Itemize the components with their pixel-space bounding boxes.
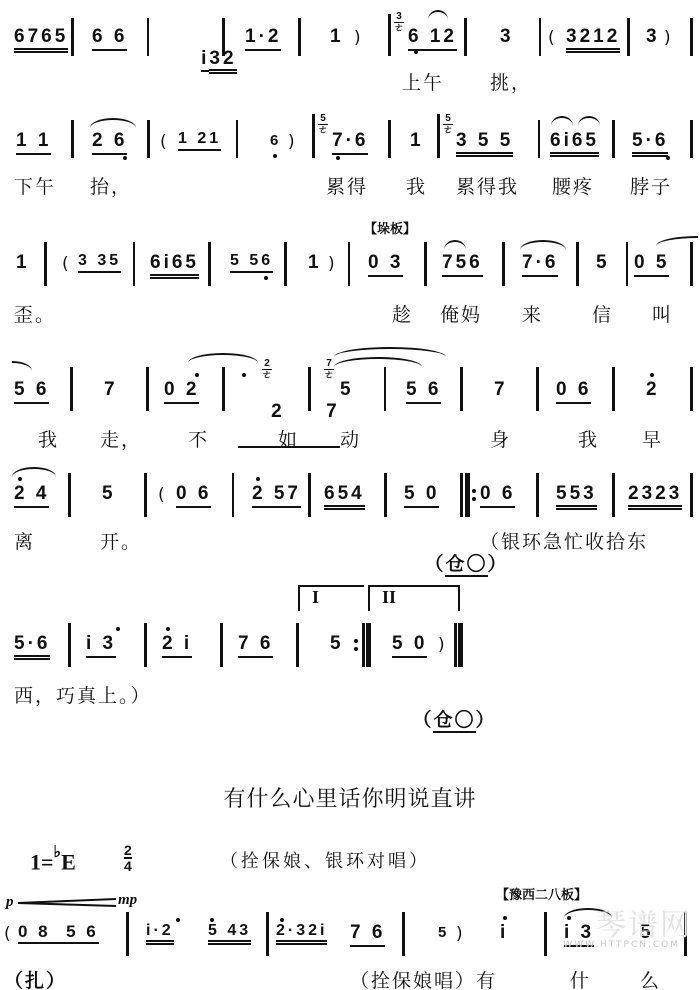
barline (232, 473, 234, 517)
open-paren: ( (548, 28, 555, 48)
barline-repeat-end (362, 623, 365, 667)
barline (236, 120, 238, 158)
performers: （拴保娘、银环对唱） (220, 847, 430, 873)
lyric: 俺妈 (440, 300, 482, 327)
barline (612, 473, 615, 517)
barline-repeat-start-thick (465, 473, 470, 517)
key-signature: 1=♭E (30, 846, 76, 875)
measure-notes: 0 3 (368, 252, 403, 277)
lyric: 来 (522, 300, 543, 327)
measure-notes: 3212 (566, 26, 620, 53)
open-paren: ( (62, 254, 69, 274)
slur (12, 467, 56, 477)
measure-notes: 0 6 (556, 379, 591, 404)
volta-2: II (368, 585, 460, 611)
measure-notes: 2 4 (14, 483, 49, 508)
low-octave-dot (123, 156, 127, 160)
measure-notes: 6 (270, 132, 281, 149)
lyric: 身 (490, 425, 511, 452)
barline (296, 623, 299, 667)
measure-notes: 5 0 (404, 483, 439, 508)
slur (578, 116, 600, 126)
measure-notes: i 3 (86, 633, 116, 658)
grace-note: 3ㄜ (394, 12, 404, 33)
stage-direction: （拴保娘唱）有 (350, 966, 497, 990)
lyric: 下午 (14, 172, 56, 199)
measure-notes: 1·2 (245, 26, 281, 51)
measure-notes: 5 0 (392, 633, 427, 658)
open-paren: ( (160, 132, 167, 152)
lyric: 开。 (100, 527, 142, 554)
lyric: 早 (642, 425, 663, 452)
watermark-logo: 琴谱网 (596, 900, 692, 944)
measure-notes: 5 (596, 252, 610, 274)
measure-notes: 1 (308, 252, 322, 274)
measure-notes: 5 (340, 379, 354, 401)
close-paren: ) (288, 132, 295, 152)
measure-notes: 2·32i (276, 922, 327, 945)
close-paren: ) (456, 924, 463, 944)
high-octave-dot (567, 916, 571, 920)
barline (68, 473, 71, 517)
measure-notes: 5·6 (14, 633, 50, 660)
barline (384, 473, 387, 517)
lyric: 什 (570, 966, 591, 990)
barline (690, 18, 693, 56)
lyric: 累得 (326, 172, 368, 199)
barline (284, 242, 287, 286)
measure-notes: 0 8 5 6 (18, 922, 99, 942)
open-paren: ( (158, 485, 165, 505)
measure-notes: 5 (330, 633, 344, 655)
high-octave-dot (176, 918, 180, 922)
measure-notes: 7 (494, 379, 508, 401)
stage-direction: 西，巧真上。） (14, 681, 152, 708)
stage-direction: （银环急忙收拾东 (480, 527, 648, 554)
measure-notes: 3 (646, 26, 660, 48)
lyric: 不 (188, 425, 209, 452)
barline (544, 912, 547, 956)
lyric: 累得我 (456, 172, 519, 199)
barline (71, 18, 74, 56)
barline (147, 120, 150, 158)
measure-notes: 3 (500, 26, 514, 48)
barline (626, 242, 628, 286)
crescendo-hairpin (18, 898, 118, 908)
barline (424, 242, 427, 286)
system-1: 6765 6 6 i32 1·2 1 ) 3ㄜ 6 12 3 ( 3212 3 … (0, 18, 700, 98)
barline (612, 367, 615, 411)
barline (144, 623, 147, 667)
system-4: 5 6 7 0 2 2 7 2ㄜ 7ㄜ 5 5 6 7 0 6 2 我 走， 不… (0, 345, 700, 445)
measure-notes: 756 (442, 252, 483, 277)
barline (538, 120, 540, 158)
measure-notes: 5 (438, 924, 449, 941)
close-paren: ) (664, 28, 671, 48)
measure-notes: 5 6 (406, 379, 441, 404)
slur (334, 347, 446, 357)
high-octave-dot (256, 477, 260, 481)
measure-notes: 7 6 (238, 633, 273, 658)
note: 2 (271, 401, 285, 422)
measure-notes: 2 6 (92, 130, 127, 155)
barline (220, 623, 223, 667)
high-octave-dot (18, 477, 22, 481)
barline (266, 912, 269, 956)
lyric: 挑， (490, 68, 532, 95)
lyric: 走， (100, 425, 142, 452)
close-paren: ) (328, 254, 335, 274)
high-octave-dot (503, 916, 507, 920)
measure-notes: 0 5 (634, 252, 669, 277)
barline (308, 473, 311, 517)
low-octave-dot (273, 154, 277, 158)
grace-note: 5ㄜ (443, 114, 453, 135)
barline (464, 18, 467, 56)
measure-notes: 2323 (628, 483, 682, 510)
time-signature: 24 (124, 843, 132, 873)
measure-notes: 7·6 (522, 252, 558, 277)
high-octave-dot (210, 918, 214, 922)
barline (222, 18, 225, 56)
barline (536, 473, 539, 517)
dynamic-start: p (6, 894, 14, 911)
high-octave-dot (280, 918, 284, 922)
slur (334, 357, 422, 367)
barline (348, 242, 350, 286)
system-6: I II 5·6 i 3 2 i 7 6 5 5 0 ) 西，巧真上。） （仓〇… (0, 583, 700, 703)
system-5: 2 4 5 ( 0 6 2 57 654 5 0 0 6 553 2323 离 … (0, 455, 700, 555)
measure-notes: 1 (410, 130, 424, 152)
slur (188, 353, 258, 363)
measure-notes: 1 21 (178, 130, 221, 151)
note: 7 (326, 401, 340, 422)
measure-notes: 0 6 (176, 483, 211, 508)
barline (208, 242, 211, 286)
measure-notes: 6i65 (550, 130, 599, 157)
barline (146, 367, 149, 411)
measure-notes: 553 (556, 483, 597, 510)
barline (133, 242, 135, 286)
barline-repeat-end-thick (366, 623, 371, 667)
barline (70, 367, 73, 411)
measure-notes: 654 (324, 483, 365, 510)
lyric: 我 (38, 425, 59, 452)
lyric: 歪。 (14, 300, 56, 327)
barline (460, 367, 463, 411)
grace-note: 2ㄜ (262, 359, 272, 380)
measure-notes: i·2 (146, 922, 174, 945)
dynamic-end: mp (118, 892, 137, 909)
measure-notes: 1 (330, 26, 344, 48)
measure-notes: 3 5 5 (456, 130, 513, 157)
barline (402, 912, 405, 956)
measure-notes: 5 56 (230, 252, 273, 273)
lyric: 抬， (90, 172, 132, 199)
slur (90, 118, 136, 128)
barline (690, 242, 693, 286)
song-title: 有什么心里话你明说直讲 (0, 782, 700, 813)
barline (539, 18, 541, 56)
barline (312, 114, 315, 158)
measure-notes: 3 35 (78, 252, 121, 273)
low-octave-dot (264, 276, 268, 280)
measure-notes: 7·6 (332, 130, 368, 155)
open-paren: ( (4, 924, 11, 944)
barline-repeat-start (460, 473, 463, 517)
watermark-url: WWW.HTTPCN.COM (563, 940, 680, 950)
high-octave-dot (195, 373, 199, 377)
lyric: 信 (592, 300, 613, 327)
measure-notes: 1 (16, 252, 30, 274)
lyric: 么 (640, 966, 661, 990)
measure-notes: 0 6 (480, 483, 515, 508)
close-paren: ) (354, 28, 361, 48)
low-octave-dot (336, 156, 340, 160)
measure-notes: i (500, 922, 508, 944)
measure-notes: 6 6 (92, 26, 127, 51)
barline (690, 367, 693, 411)
lyric: 离 (14, 527, 35, 554)
lyric: 我 (578, 425, 599, 452)
measure-notes: 5 6 (14, 379, 49, 404)
barline (68, 623, 71, 667)
lyric: 脖子 (630, 172, 672, 199)
measure-notes: 5 43 (208, 922, 251, 945)
grace-note: 5ㄜ (318, 114, 328, 135)
barline (71, 120, 74, 158)
barline (388, 120, 391, 158)
measure-notes: 7 (104, 379, 118, 401)
barline (384, 367, 386, 411)
low-octave-dot (414, 50, 418, 54)
slur (12, 361, 32, 371)
measure-notes: 0 2 (164, 379, 199, 404)
barline (690, 120, 693, 158)
lyric: 上午 (402, 68, 444, 95)
lyric: 动 (340, 425, 361, 452)
system-2: 1 1 2 6 ( 1 21 6 ) 5ㄜ 7·6 1 5ㄜ 3 5 5 6i6… (0, 118, 700, 198)
high-octave-dot (116, 627, 120, 631)
measure-notes: 6 12 (408, 26, 457, 51)
lyric: 趁 (392, 300, 413, 327)
lyric: 腰疼 (552, 172, 594, 199)
barline (298, 18, 301, 56)
barline (502, 242, 505, 286)
barline (536, 367, 539, 411)
repeat-dots (472, 485, 476, 505)
slur (520, 240, 566, 250)
barline (612, 120, 615, 158)
section-label: 【豫西二八板】 (496, 884, 587, 903)
barline (690, 473, 693, 517)
lyric: 我 (406, 172, 427, 199)
barline (437, 114, 440, 158)
lyric: 如 (278, 425, 299, 452)
percussion-cue: （扎） (4, 966, 67, 990)
slur (428, 10, 448, 20)
high-octave-dot (242, 373, 246, 377)
measure-notes: 6i65 (150, 252, 199, 279)
measure-notes: 2 57 (252, 483, 301, 508)
barline-final-thick (458, 623, 463, 667)
barline (44, 242, 47, 286)
measure-notes: i32 (168, 26, 237, 92)
measure-notes: 2 i (162, 633, 192, 658)
percussion-cue: （仓〇） (378, 683, 497, 754)
measure-notes: 5 (102, 483, 116, 505)
high-octave-dot (166, 627, 170, 631)
close-paren: ) (438, 635, 445, 655)
volta-1: I (298, 585, 364, 611)
measure-notes: 5·6 (632, 130, 668, 157)
measure-notes: 6765 (14, 26, 68, 53)
barline (126, 912, 129, 956)
barline (222, 367, 225, 411)
repeat-dots (354, 635, 358, 655)
barline (147, 18, 149, 56)
slur (444, 240, 466, 250)
section-label: 【垛板】 (364, 218, 416, 237)
slur (551, 116, 573, 126)
barline (144, 473, 147, 517)
barline (388, 14, 391, 56)
high-octave-dot (650, 373, 654, 377)
system-7: ( 0 8 5 6 i·2 5 43 2·32i 7 6 5 ) i i 3 5… (0, 910, 700, 990)
grace-note: 7ㄜ (324, 359, 334, 380)
lyric: 叫 (652, 300, 673, 327)
barline (576, 242, 579, 286)
measure-notes: 1 1 (16, 130, 51, 155)
barline (308, 367, 311, 411)
system-3: 【垛板】 1 ( 3 35 6i65 5 56 1 ) 0 3 756 7·6 … (0, 220, 700, 320)
low-octave-dot (666, 156, 670, 160)
barline (627, 18, 630, 56)
measure-notes: 7 6 (350, 922, 385, 947)
barline-final (454, 623, 457, 667)
measure-notes: 2 (646, 379, 660, 401)
